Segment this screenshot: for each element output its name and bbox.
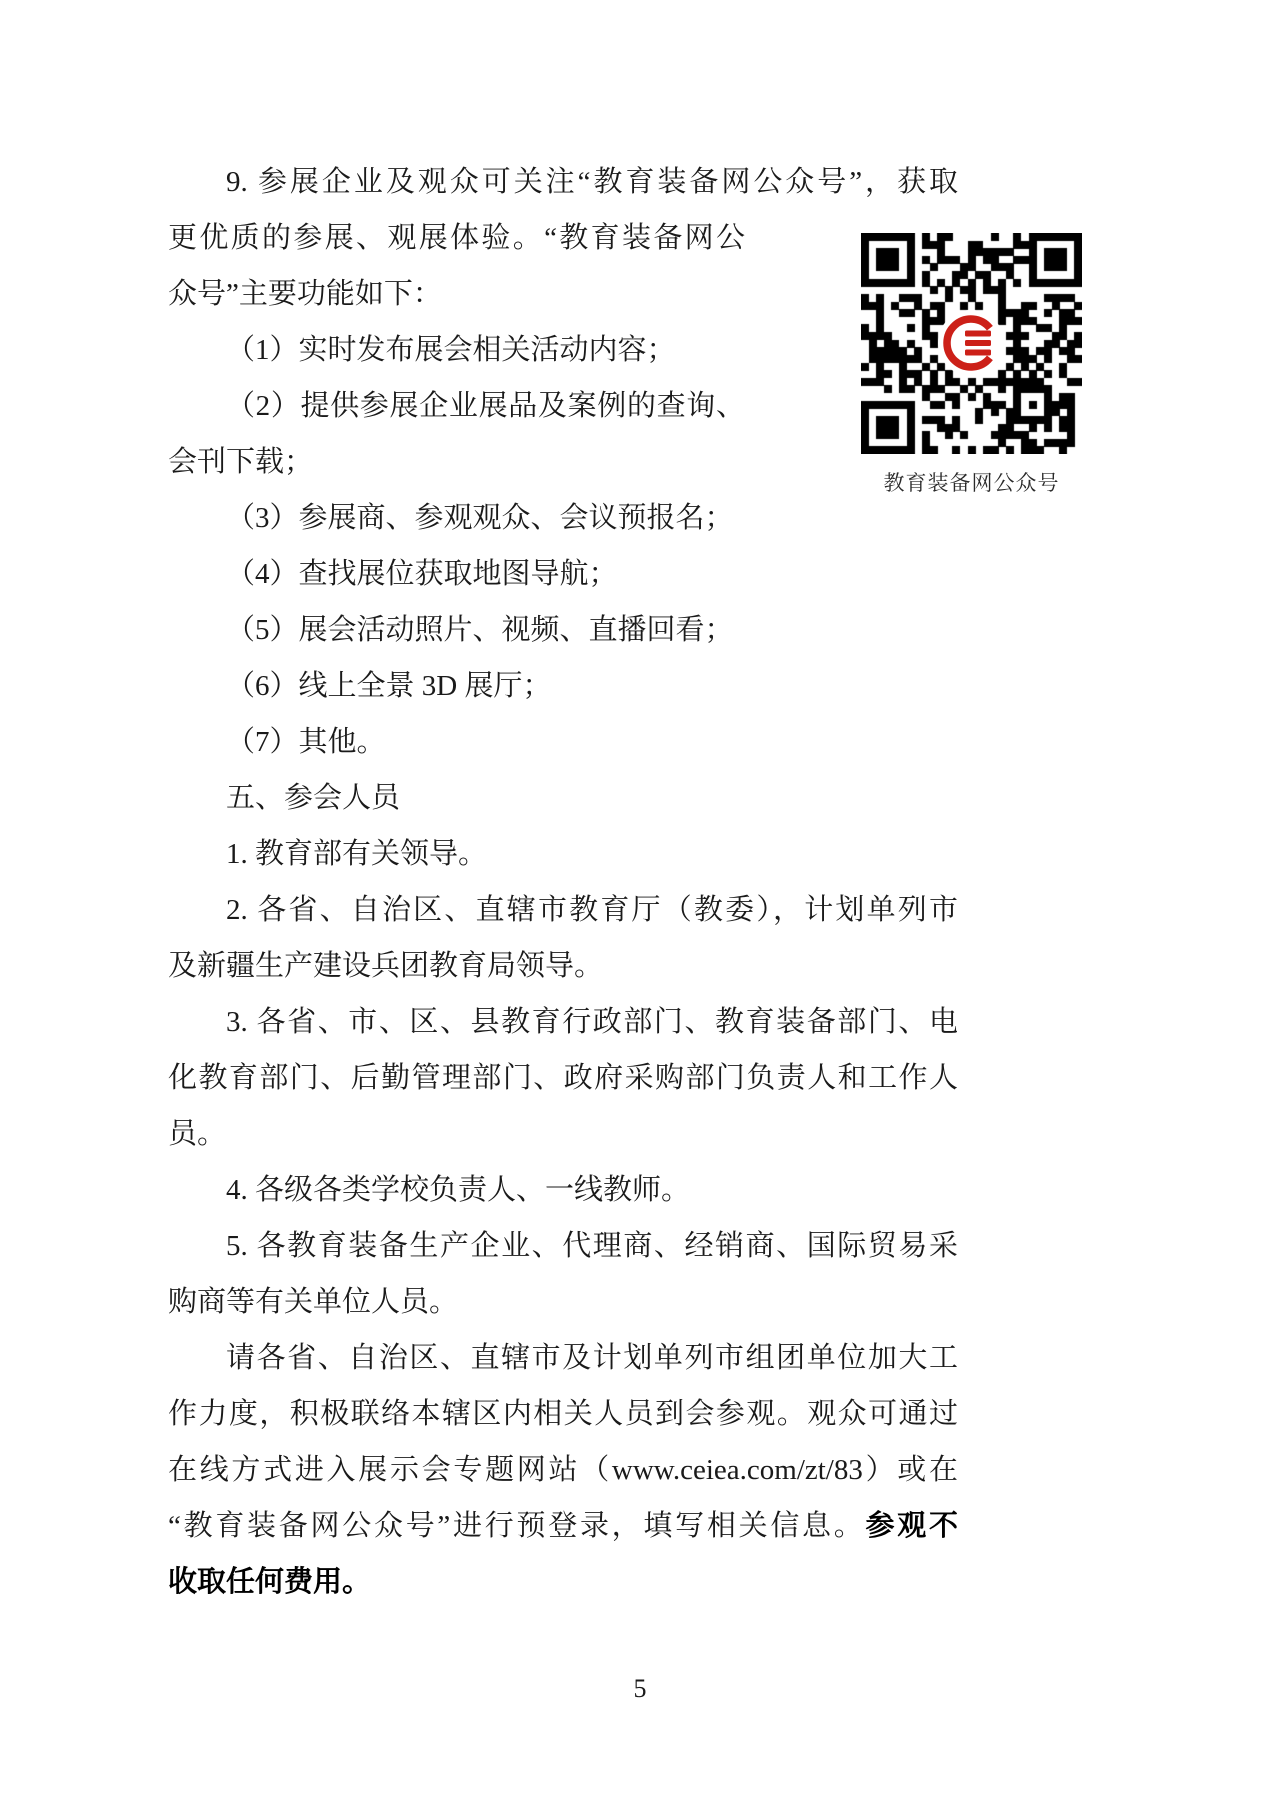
text-line: 9. 参展企业及观众可关注“教育装备网公众号”，获取 bbox=[168, 154, 958, 210]
text-line: 会刊下载； bbox=[168, 434, 958, 490]
text-line: （2）提供参展企业展品及案例的查询、 bbox=[168, 378, 745, 434]
text-line: 1. 教育部有关领导。 bbox=[168, 826, 958, 882]
text-line: （1）实时发布展会相关活动内容； bbox=[168, 322, 745, 378]
document-page: 9. 参展企业及观众可关注“教育装备网公众号”，获取更优质的参展、观展体验。“教… bbox=[0, 0, 1280, 1810]
text-line: 收取任何费用。 bbox=[168, 1554, 958, 1610]
text-line: 及新疆生产建设兵团教育局领导。 bbox=[168, 938, 958, 994]
text-line: 3. 各省、市、区、县教育行政部门、教育装备部门、电 bbox=[168, 994, 958, 1050]
page-number: 5 bbox=[0, 1674, 1280, 1704]
text-line: 5. 各教育装备生产企业、代理商、经销商、国际贸易采 bbox=[168, 1218, 958, 1274]
ceiea-logo-icon bbox=[938, 310, 1004, 376]
text-line: 请各省、自治区、直辖市及计划单列市组团单位加大工 bbox=[168, 1330, 958, 1386]
text-line: 员。 bbox=[168, 1106, 958, 1162]
text-line: （3）参展商、参观观众、会议预报名； bbox=[168, 490, 958, 546]
text-line: 2. 各省、自治区、直辖市教育厅（教委），计划单列市 bbox=[168, 882, 958, 938]
text-line: （7）其他。 bbox=[168, 714, 958, 770]
text-line: 4. 各级各类学校负责人、一线教师。 bbox=[168, 1162, 958, 1218]
text-line: “教育装备网公众号”进行预登录，填写相关信息。参观不 bbox=[168, 1498, 958, 1554]
text-line: 购商等有关单位人员。 bbox=[168, 1274, 958, 1330]
text-line: 更优质的参展、观展体验。“教育装备网公 bbox=[168, 210, 745, 266]
qr-caption: 教育装备网公众号 bbox=[861, 467, 1082, 497]
text-line: 众号”主要功能如下： bbox=[168, 266, 745, 322]
text-line: 化教育部门、后勤管理部门、政府采购部门负责人和工作人 bbox=[168, 1050, 958, 1106]
document-body: 9. 参展企业及观众可关注“教育装备网公众号”，获取更优质的参展、观展体验。“教… bbox=[168, 154, 958, 1610]
qr-figure bbox=[861, 233, 1082, 454]
text-line: （4）查找展位获取地图导航； bbox=[168, 546, 958, 602]
text-line: 五、参会人员 bbox=[168, 770, 958, 826]
text-line: （5）展会活动照片、视频、直播回看； bbox=[168, 602, 958, 658]
text-line: （6）线上全景 3D 展厅； bbox=[168, 658, 958, 714]
text-line: 作力度，积极联络本辖区内相关人员到会参观。观众可通过 bbox=[168, 1386, 958, 1442]
text-line: 在线方式进入展示会专题网站（www.ceiea.com/zt/83）或在 bbox=[168, 1442, 958, 1498]
